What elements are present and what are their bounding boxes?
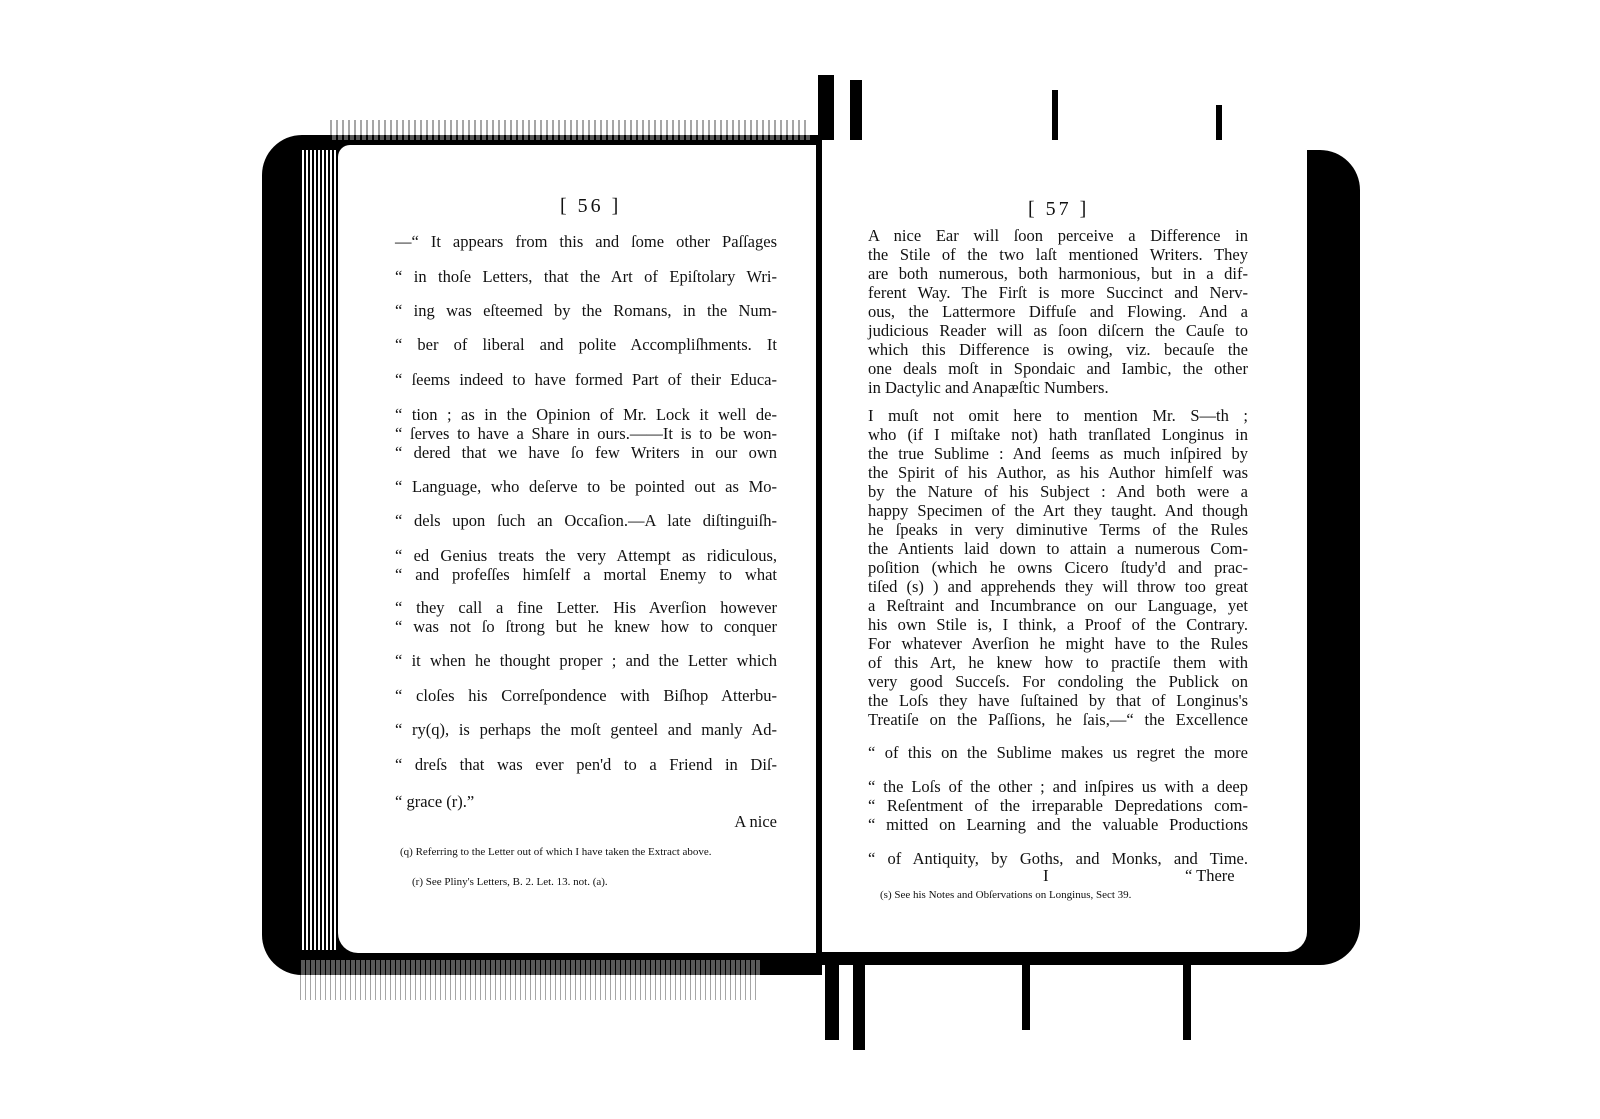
- text-line: “ ing was eſteemed by the Romans, in the…: [395, 301, 777, 321]
- text-line: I muſt not omit here to mention Mr. S—th…: [868, 406, 1248, 426]
- text-line: “ cloſes his Correſpondence with Biſhop …: [395, 686, 777, 706]
- ribbon-marker: [818, 75, 834, 145]
- text-line: which this Difference is owing, viz. bec…: [868, 340, 1248, 360]
- text-line: “ they call a fine Letter. His Averſion …: [395, 598, 777, 618]
- text-line: in Dactylic and Anapæſtic Numbers.: [868, 378, 1248, 398]
- text-line: “ ſerves to have a Share in ours.——It is…: [395, 424, 777, 444]
- text-line: judicious Reader will as ſoon diſcern th…: [868, 321, 1248, 341]
- text-line: tiſed (s) ) and apprehends they will thr…: [868, 577, 1248, 597]
- text-line: who (if I miſtake not) hath tranſlated L…: [868, 425, 1248, 445]
- catchword: A nice: [395, 812, 777, 832]
- text-line: ferent Way. The Firſt is more Succinct a…: [868, 283, 1248, 303]
- ribbon-marker: [1183, 950, 1191, 1040]
- text-line: of this Art, he knew how to practiſe the…: [868, 653, 1248, 673]
- text-line: the Stile of the two laſt mentioned Writ…: [868, 245, 1248, 265]
- text-line: he ſpeaks in very diminutive Terms of th…: [868, 520, 1248, 540]
- scan-smudge-bottom: [300, 960, 760, 1000]
- text-line: For whatever Averſion he might have to t…: [868, 634, 1248, 654]
- text-line: happy Specimen of the Art they taught. A…: [868, 501, 1248, 521]
- left-page-folio: [ 56 ]: [560, 195, 621, 218]
- text-line: “ grace (r).”: [395, 792, 777, 812]
- scan-smudge-top: [330, 120, 810, 140]
- ribbon-marker: [853, 950, 865, 1050]
- text-line: very good Succeſs. For condoling the Pub…: [868, 672, 1248, 692]
- text-line: “ it when he thought proper ; and the Le…: [395, 651, 777, 671]
- text-line: “ dels upon ſuch an Occaſion.—A late diſ…: [395, 511, 777, 531]
- text-line: a Reſtraint and Incumbrance on our Langu…: [868, 596, 1248, 616]
- footnote-r: (r) See Pliny's Letters, B. 2. Let. 13. …: [412, 876, 608, 888]
- text-line: “ was not ſo ſtrong but he knew how to c…: [395, 617, 777, 637]
- catchword: “ There: [1185, 866, 1235, 886]
- ribbon-marker: [1022, 950, 1030, 1030]
- text-line: the Loſs they have ſuſtained by that of …: [868, 691, 1248, 711]
- gutter: [817, 140, 820, 955]
- text-line: A nice Ear will ſoon perceive a Differen…: [868, 226, 1248, 246]
- text-line: “ dreſs that was ever pen'd to a Friend …: [395, 755, 777, 775]
- text-line: one deals moſt in Spondaic and Iambic, t…: [868, 359, 1248, 379]
- right-page-folio: [ 57 ]: [1028, 198, 1089, 221]
- text-line: the Spirit of his Author, as his Author …: [868, 463, 1248, 483]
- text-line: “ dered that we have ſo few Writers in o…: [395, 443, 777, 463]
- signature-mark: I: [1043, 866, 1049, 886]
- text-line: “ of this on the Sublime makes us regret…: [868, 743, 1248, 763]
- footnote-q: (q) Referring to the Letter out of which…: [400, 845, 780, 860]
- text-line: the Antients laid down to attain a numer…: [868, 539, 1248, 559]
- text-line: ous, the Lattermore Diffuſe and Flowing.…: [868, 302, 1248, 322]
- text-line: “ ber of liberal and polite Accompliſhme…: [395, 335, 777, 355]
- text-line: “ Language, who deſerve to be pointed ou…: [395, 477, 777, 497]
- text-line: “ in thoſe Letters, that the Art of Epiſ…: [395, 267, 777, 287]
- text-line: “ the Loſs of the other ; and inſpires u…: [868, 777, 1248, 797]
- text-line: “ ry(q), is perhaps the moſt genteel and…: [395, 720, 777, 740]
- text-line: Treatiſe on the Paſſions, he ſais,—“ the…: [868, 710, 1248, 730]
- text-line: “ Reſentment of the irreparable Depredat…: [868, 796, 1248, 816]
- text-line: his own Stile is, I think, a Proof of th…: [868, 615, 1248, 635]
- text-line: —“ It appears from this and ſome other P…: [395, 232, 777, 252]
- text-line: “ mitted on Learning and the valuable Pr…: [868, 815, 1248, 835]
- text-line: the true Sublime : And ſeems as much inſ…: [868, 444, 1248, 464]
- ribbon-marker: [825, 950, 839, 1040]
- text-line: “ ſeems indeed to have formed Part of th…: [395, 370, 777, 390]
- text-line: poſition (which he owns Cicero ſtudy'd a…: [868, 558, 1248, 578]
- text-line: “ ed Genius treats the very Attempt as r…: [395, 546, 777, 566]
- page-edges: [300, 150, 336, 950]
- text-line: are both numerous, both harmonious, but …: [868, 264, 1248, 284]
- text-line: “ and profeſſes himſelf a mortal Enemy t…: [395, 565, 777, 585]
- text-line: by the Nature of his Subject : And both …: [868, 482, 1248, 502]
- footnote-s: (s) See his Notes and Obſervations on Lo…: [880, 889, 1131, 901]
- text-line: “ tion ; as in the Opinion of Mr. Lock i…: [395, 405, 777, 425]
